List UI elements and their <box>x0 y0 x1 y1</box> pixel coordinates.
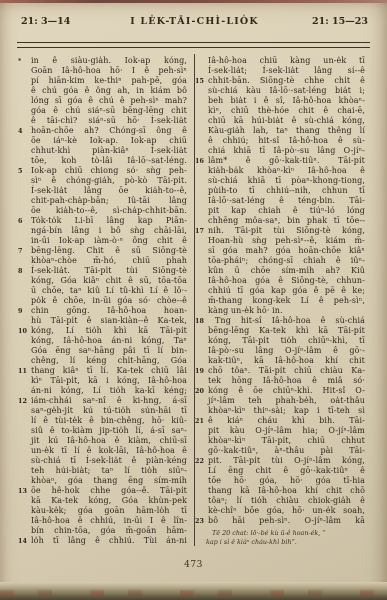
text-line: kûn ū chōe sím-mi̍h ah? Kiû <box>208 266 365 276</box>
text-line: Hoan-hù sǹg peh-sìⁿ--ê, kiám m̄- <box>208 236 365 246</box>
verse-text: Hoan-hù sǹg peh-sìⁿ--ê, kiám m̄- <box>208 236 365 246</box>
verse-text: ê kiáⁿ cháu khì bih. Tāi- <box>208 416 365 426</box>
verse-text: sù-chiá tī Í-sek-lia̍t ê piàn-kéng <box>31 456 187 466</box>
text-line: kia̍h-ba̍k khòaⁿ-kìⁿ Iâ-hô-hoa ê <box>208 166 365 176</box>
page-top-edge <box>0 0 387 3</box>
verse-text: chhit-bān. Siōng-tè chhe chi̍t ê <box>208 76 365 86</box>
verse-text: kia̍h-ba̍k khòaⁿ-kìⁿ Iâ-hô-hoa ê <box>208 166 365 176</box>
text-line: 8Í-sek-lia̍t. Tāi-pi̍t tùi Siōng-tè <box>31 266 187 276</box>
text-line: tōe, koh tò-lâi Iâ-lō·-sat-léng. <box>31 156 187 166</box>
book-page: 21: 3—14 I LE̍K-TĀI-CHÌ-LIO̍K 21: 15—23 … <box>0 0 387 600</box>
text-line: m̄-thang kong-kek Lí ê peh-sìⁿ, <box>208 296 365 306</box>
text-line: ji̍t kú Iâ-hô-hoa ê kiàm, chiū-sī <box>31 436 187 446</box>
verse-number: 13 <box>18 486 30 496</box>
text-line: 14lo̍h tī lâng ê chhiú. Tùi án-ni <box>31 536 187 546</box>
verse-number: 18 <box>195 316 207 326</box>
verse-text: sù-chiá khiā tī pòaⁿ-khong-tiong, <box>208 176 365 186</box>
text-line: 23bô hāi peh-sìⁿ. O-jíⁿ-lâm kā <box>208 516 365 526</box>
text-line: kàu-ke̍k; góa goān hām-lo̍h tī <box>31 506 187 516</box>
verse-text: tōe, koh tò-lâi Iâ-lō·-sat-léng. <box>31 156 187 166</box>
text-line: Í-sek-lia̍t lâng ōe kia̍h-to--ê, <box>31 186 187 196</box>
text-line: chit-pah-cha̍p-bān; Iû-tāi lâng <box>31 196 187 206</box>
text-line: kóng, Tāi-pi̍t tio̍h chiūⁿ-khì, tī <box>208 336 365 346</box>
text-line: hù Tāi-pi̍t ê sian-kiàn--ê Ka-tek, <box>31 316 187 326</box>
text-line: siû ê to-kiàm jip-tio̍h lí, á-sī saⁿ- <box>31 426 187 436</box>
verse-text: Í-sek-lia̍t. Tāi-pi̍t tùi Siōng-tè <box>31 266 187 276</box>
verse-number: 16 <box>195 156 207 166</box>
text-line: chhiú tī góa kap góa ê pē ê ke; <box>208 286 365 296</box>
verse-text: ngá-bín lâng i bô sǹg chāi-lāi, <box>31 226 187 236</box>
text-line: pu̍ih-to tī chhiú--nih, chhun tī <box>208 186 365 196</box>
text-line: pit kap chiah ê tiúⁿ-ló lóng <box>208 206 365 216</box>
verse-text: tōa-pháiⁿ; chóng-sī chiah ê iûⁿ- <box>208 256 365 266</box>
text-line: kā Ka-tek kóng, Góa khùn-pek <box>31 496 187 506</box>
verse-text: khòaⁿ, góa thang ēng sím-mi̍h <box>31 476 187 486</box>
text-line: 22pit. Tāi-pi̍t tùi O-jíⁿ-lâm kóng, <box>208 456 365 466</box>
verse-text: siû ê to-kiàm jip-tio̍h lí, á-sī saⁿ- <box>31 426 187 436</box>
page-number: 473 <box>0 560 387 570</box>
verse-text: chiá khiā tī Iâ-pò·-su lâng O-jíⁿ- <box>208 146 365 156</box>
verse-text: lóng sī góa ê chú ê peh-sìⁿ mah? <box>31 96 187 106</box>
text-line: án-ni kóng, Lí tio̍h ka-kī kéng; <box>31 386 187 396</box>
verse-text: kìⁿ, chiū thè-hóe chit ê chai-ē, <box>208 106 365 116</box>
verse-number: 20 <box>195 386 207 396</box>
text-line: 4hoān-chōe ah? Chóng-sī ông ê <box>31 126 187 136</box>
text-line: Iâ-hô-hoa ê chhiú, in-ūi I ê lîn- <box>31 516 187 526</box>
text-line: khòaⁿ-chòe m̄-hó, chiū phah <box>31 256 187 266</box>
verse-number: 7 <box>18 246 30 256</box>
verse-text: saⁿ-ge̍h-ji̍t kú tú-tio̍h sún-hāi tī <box>31 406 187 416</box>
text-line: 5Iok-ap chiū chiong só· sǹg peh- <box>31 166 187 176</box>
text-line: Iâ-lō·-sat-léng ê téng-bin. Tāi- <box>208 196 365 206</box>
verse-text: pit kàu O-jíⁿ-lâm hia; O-jíⁿ-lâm <box>208 426 365 436</box>
verse-text: un-e̍k tī lí ê kok-lāi, Iâ-hô-hoa ê <box>31 446 187 456</box>
text-line: un-e̍k tī lí ê kok-lāi, Iâ-hô-hoa ê <box>31 446 187 456</box>
text-line: 18Tng hit-sî Iâ-hô-hoa ê sù-chiá <box>208 316 365 326</box>
footnote-line: kap i sì ê kiáⁿ cháu-khì bih”. <box>206 538 366 547</box>
text-line: kak-tiûⁿ, kā Iâ-hô-hoa khí chit <box>208 356 365 366</box>
text-line: thang kā Iâ-hô-hoa khí chit chō <box>208 486 365 496</box>
text-line: kóng, Iâ-hô-hoa án-ni kóng, Taⁿ <box>31 336 187 346</box>
verse-text: tôaⁿ; lí tio̍h chiàu chiok-gia̍h ê <box>208 496 365 506</box>
verse-number: 23 <box>195 516 207 526</box>
verse-text: sù-chiá kàu Iâ-lō·-sat-léng bia̍t i; <box>208 86 365 96</box>
verse-number: * <box>18 56 30 66</box>
text-line: lóng sī góa ê chú ê peh-sìⁿ mah? <box>31 96 187 106</box>
text-line: khòaⁿ, góa thang ēng sím-mi̍h <box>31 476 187 486</box>
verse-text: kak-tiûⁿ, kā Iâ-hô-hoa khí chit <box>208 356 365 366</box>
verse-text: beh bia̍t i ê sî, Iâ-hô-hoa khòaⁿ- <box>208 96 365 106</box>
verse-text: pí hiān-kim ke-thiⁿ pah-pē, góa <box>31 76 187 86</box>
verse-text: lâm* ê gō·-kak-tiûⁿ. Tāi-pi̍t <box>208 156 365 166</box>
text-line: chêng, lí kéng chi̍t-hāng, Góa <box>31 356 187 366</box>
text-line: sù-chiá khiā tī pòaⁿ-khong-tiong, <box>208 176 365 186</box>
verse-text: Góa ēng saⁿ-hāng pâi tī lí bin- <box>31 346 187 356</box>
verse-number: 14 <box>18 536 30 546</box>
text-line: gō·-kak-tiûⁿ, àⁿ-thâu pài Tāi- <box>208 446 365 456</box>
verse-text: kóng, Góa kiâⁿ chit ê sū, tōa-tōa <box>31 276 187 286</box>
verse-text: Iâ-hô-hoa chiū kàng un-e̍k tī <box>208 56 365 66</box>
text-line: ê chú góa ê ông ah, in kiám bô <box>31 86 187 96</box>
verse-text: khòaⁿ-kìⁿ Tāi-pi̍t, chiū chhut <box>208 436 365 446</box>
verse-number: 6 <box>18 216 30 226</box>
verse-text: kā Ka-tek kóng, Góa khùn-pek <box>31 496 187 506</box>
text-line: 9chin gōng. Iâ-hô-hoa hoan- <box>31 306 187 316</box>
footnote: Tē 20 chat: lō·-bé kù ū-ê hoan-e̍k, “kap… <box>206 529 366 546</box>
running-header: 21: 3—14 I LE̍K-TĀI-CHÌ-LIO̍K 21: 15—23 <box>21 16 368 30</box>
verse-text: Iâ-hô-hoa góa ê Siōng-tè, chhun- <box>208 276 365 286</box>
verse-number: 17 <box>195 226 207 236</box>
verse-number: 5 <box>18 166 30 176</box>
verse-text: sī góa mah? góa hoān-chōe kiâⁿ <box>208 246 365 256</box>
text-line: chhēng môa-saⁿ, bin phak tī tōe-- <box>208 216 365 226</box>
verse-number: 4 <box>18 126 30 136</box>
verse-text: ū chōe, taⁿ kiû Lí tû-khì Lí ê lô·- <box>31 286 187 296</box>
text-line: 11thang kiâⁿ tī lí. Ka-tek chiū lâi <box>31 366 187 376</box>
text-line: Í-sek-lia̍t; Í-sek-lia̍t lâng sí--ê <box>208 66 365 76</box>
verse-number: 22 <box>195 456 207 466</box>
verse-text: thang kiâⁿ tī lí. Ka-tek chiū lâi <box>31 366 187 376</box>
text-line: chhut-khì piàn-kiâⁿ Í-sek-lia̍t <box>31 146 187 156</box>
verse-text: thang kā Iâ-hô-hoa khí chit chō <box>208 486 365 496</box>
verse-text: chin gōng. Iâ-hô-hoa hoan- <box>31 306 187 316</box>
verse-text: nih. Tāi-pi̍t tùi Siōng-tè kóng, <box>208 226 365 236</box>
verse-number: 8 <box>18 266 30 276</box>
verse-text: pit. Tāi-pi̍t tùi O-jíⁿ-lâm kóng, <box>208 456 365 466</box>
text-line: 15chhit-bān. Siōng-tè chhe chi̍t ê <box>208 76 365 86</box>
verse-text: kìⁿ Tāi-pi̍t, kā i kóng, Iâ-hô-hoa <box>31 376 187 386</box>
verse-text: chiū kā húi-bia̍t ê sù-chiá kóng, <box>208 116 365 126</box>
text-line: 10kóng, Lí tio̍h khì kā Tāi-pi̍t <box>31 326 187 336</box>
text-line: beh bia̍t i ê sî, Iâ-hô-hoa khòaⁿ- <box>208 96 365 106</box>
text-line: ōe iáⁿ-kè Iok-ap. Iok-ap chiū <box>31 136 187 146</box>
verse-text: jíⁿ-lâm teh phah-be̍h, oa̍t-thâu <box>208 396 365 406</box>
text-line: kóng, Góa kiâⁿ chit ê sū, tōa-tōa <box>31 276 187 286</box>
verse-text: kóng, Iâ-hô-hoa án-ni kóng, Taⁿ <box>31 336 187 346</box>
text-line: kìⁿ Tāi-pi̍t, kā i kóng, Iâ-hô-hoa <box>31 376 187 386</box>
text-line: khòaⁿ-kìⁿ thiⁿ-sài; kap i tī-teh sì <box>208 406 365 416</box>
verse-text: pu̍ih-to tī chhiú--nih, chhun tī <box>208 186 365 196</box>
text-line: khòaⁿ-kìⁿ Tāi-pi̍t, chiū chhut <box>208 436 365 446</box>
text-line: Lí ēng chit ê gō·-kak-tiûⁿ ê <box>208 466 365 476</box>
text-line: sù-chiá kàu Iâ-lō·-sat-léng bia̍t i; <box>208 86 365 96</box>
verse-text: ōe hê-hok chhe góa--ê. Tāi-pi̍t <box>31 486 187 496</box>
verse-text: gō·-kak-tiûⁿ, àⁿ-thâu pài Tāi- <box>208 446 365 456</box>
header-double-rule <box>17 42 370 48</box>
verse-text: tōe hō· góa, hō· góa tī-hia <box>208 476 365 486</box>
verse-text: kóng, Lí tio̍h khì kā Tāi-pi̍t <box>31 326 187 336</box>
verse-text: chhut-khì piàn-kiâⁿ Í-sek-lia̍t <box>31 146 187 156</box>
verse-number: 10 <box>18 326 30 336</box>
verse-text: ji̍t kú Iâ-hô-hoa ê kiàm, chiū-sī <box>31 436 187 446</box>
text-line: Góa ēng saⁿ-hāng pâi tī lí bin- <box>31 346 187 356</box>
verse-text: bēng-lēng Ka-tek khì kā Tāi-pi̍t <box>208 326 365 336</box>
verse-text: án-ni kóng, Lí tio̍h ka-kī kéng; <box>31 386 187 396</box>
verse-text: Iâ-lō·-sat-léng ê téng-bin. Tāi- <box>208 196 365 206</box>
text-line: kè-chîⁿ bōe góa, hō· un-e̍k soah, <box>208 506 365 516</box>
verse-text: khòaⁿ-kìⁿ thiⁿ-sài; kap i tī-teh sì <box>208 406 365 416</box>
header-verse-range-right: 21: 15—23 <box>312 16 368 27</box>
text-line: saⁿ-ge̍h-ji̍t kú tú-tio̍h sún-hāi tī <box>31 406 187 416</box>
verse-text: chō tôaⁿ. Tāi-pi̍t chiū chiàu Ka- <box>208 366 365 376</box>
verse-text: kóng, Tāi-pi̍t tio̍h chiūⁿ-khì, tī <box>208 336 365 346</box>
verse-text: ê tāi-chì? siáⁿ-sū hō· Í-sek-lia̍t <box>31 116 187 126</box>
verse-number: 12 <box>18 396 30 406</box>
verse-text: kè-chîⁿ bōe góa, hō· un-e̍k soah, <box>208 506 365 516</box>
verse-text: hù Tāi-pi̍t ê sian-kiàn--ê Ka-tek, <box>31 316 187 326</box>
text-line: ū chōe, taⁿ kiû Lí tû-khì Lí ê lô·- <box>31 286 187 296</box>
verse-text: sìⁿ ê chóng-gia̍h, pò-kò Tāi-pi̍t. <box>31 176 187 186</box>
text-line: tōe hō· góa, hō· góa tī-hia <box>208 476 365 486</box>
verse-text: kûn ū chōe sím-mi̍h ah? Kiû <box>208 266 365 276</box>
verse-number: 21 <box>195 416 207 426</box>
verse-text: chit-pah-cha̍p-bān; Iû-tāi lâng <box>31 196 187 206</box>
text-line: tōa-pháiⁿ; chóng-sī chiah ê iûⁿ- <box>208 256 365 266</box>
text-line: 12iám-chhái saⁿ-nî ê ki-hng, á-sī <box>31 396 187 406</box>
verse-text: bēng-lēng. Chit ê sū Siōng-tè <box>31 246 187 256</box>
verse-text: chhiú tī góa kap góa ê pē ê ke; <box>208 286 365 296</box>
verse-number: 11 <box>18 366 30 376</box>
text-line: tôaⁿ; lí tio̍h chiàu chiok-gia̍h ê <box>208 496 365 506</box>
verse-text: góa ê chú siáⁿ-sū bēng-lēng chit <box>31 106 187 116</box>
text-line: 13ōe hê-hok chhe góa--ê. Tāi-pi̍t <box>31 486 187 496</box>
verse-text: kàu-ke̍k; góa goān hām-lo̍h tī <box>31 506 187 516</box>
verse-number: 9 <box>18 306 30 316</box>
text-line: bēng-lēng Ka-tek khì kā Tāi-pi̍t <box>208 326 365 336</box>
text-line: Goān Iâ-hô-hoa hō· I ê peh-sìⁿ <box>31 66 187 76</box>
text-line: bín chin-tōa, góa m̄-goān hām- <box>31 526 187 536</box>
text-line: chiū kā húi-bia̍t ê sù-chiá kóng, <box>208 116 365 126</box>
verse-text: ōe iáⁿ-kè Iok-ap. Iok-ap chiū <box>31 136 187 146</box>
text-line: *in ê siàu-gia̍h. Iok-ap kóng, <box>31 56 187 66</box>
bottom-edge-streaks <box>0 590 387 596</box>
verse-text: chêng, lí kéng chi̍t-hāng, Góa <box>31 356 187 366</box>
text-line: Kàu-gia̍h lah, taⁿ thang thêng lí <box>208 126 365 136</box>
text-line: sī góa mah? góa hoān-chōe kiâⁿ <box>208 246 365 256</box>
verse-text: teh húi-bia̍t; taⁿ lí tio̍h siūⁿ- <box>31 466 187 476</box>
verse-number: 19 <box>195 366 207 376</box>
text-line: ê tāi-chì? siáⁿ-sū hō· Í-sek-lia̍t <box>31 116 187 126</box>
text-line: 19chō tôaⁿ. Tāi-pi̍t chiū chiàu Ka- <box>208 366 365 376</box>
text-line: Iâ-pò·-su lâng O-jíⁿ-lâm ê gō·- <box>208 346 365 356</box>
verse-text: Í-sek-lia̍t; Í-sek-lia̍t lâng sí--ê <box>208 66 365 76</box>
text-line: Iâ-hô-hoa góa ê Siōng-tè, chhun- <box>208 276 365 286</box>
text-column-right: Iâ-hô-hoa chiū kàng un-e̍k tīÍ-sek-lia̍t… <box>208 56 365 526</box>
verse-text: kóng ê ōe chiūⁿ-khì. Hit-sî O- <box>208 386 365 396</box>
text-line: sù-chiá tī Í-sek-lia̍t ê piàn-kéng <box>31 456 187 466</box>
text-line: 7bēng-lēng. Chit ê sū Siōng-tè <box>31 246 187 256</box>
verse-text: Tng hit-sî Iâ-hô-hoa ê sù-chiá <box>208 316 365 326</box>
verse-text: lo̍h tī lâng ê chhiú. Tùi án-ni <box>31 536 187 546</box>
page-bottom-edge <box>0 582 387 600</box>
text-line: góa ê chú siáⁿ-sū bēng-lēng chit <box>31 106 187 116</box>
text-line: lí ê tùi-te̍k ê bin-chêng, hō· kiû- <box>31 416 187 426</box>
verse-text: chhēng môa-saⁿ, bin phak tī tōe-- <box>208 216 365 226</box>
text-column-left: *in ê siàu-gia̍h. Iok-ap kóng,Goān Iâ-hô… <box>31 56 187 546</box>
verse-text: Kàu-gia̍h lah, taⁿ thang thêng lí <box>208 126 365 136</box>
verse-text: in-ūi Iok-ap iàm-ò·ⁿ ông chit ê <box>31 236 187 246</box>
verse-text: pit kap chiah ê tiúⁿ-ló lóng <box>208 206 365 216</box>
verse-text: hoān-chōe ah? Chóng-sī ông ê <box>31 126 187 136</box>
text-line: 21ê kiáⁿ cháu khì bih. Tāi- <box>208 416 365 426</box>
verse-text: tek hōng Iâ-hô-hoa ê miâ só· <box>208 376 365 386</box>
text-line: po̍k ê chōe, in-ūi góa só· chòe--ê <box>31 296 187 306</box>
text-line: in-ūi Iok-ap iàm-ò·ⁿ ông chit ê <box>31 236 187 246</box>
verse-text: bô hāi peh-sìⁿ. O-jíⁿ-lâm kā <box>208 516 365 526</box>
verse-text: Iâ-pò·-su lâng O-jíⁿ-lâm ê gō·- <box>208 346 365 356</box>
footnote-line: Tē 20 chat: lō·-bé kù ū-ê hoan-e̍k, “ <box>206 529 366 538</box>
text-line: chiá khiā tī Iâ-pò·-su lâng O-jíⁿ- <box>208 146 365 156</box>
text-line: pit kàu O-jíⁿ-lâm hia; O-jíⁿ-lâm <box>208 426 365 436</box>
text-line: ngá-bín lâng i bô sǹg chāi-lāi, <box>31 226 187 236</box>
text-line: ê chhiú; hit-sî Iâ-hô-hoa ê sù- <box>208 136 365 146</box>
text-line: sìⁿ ê chóng-gia̍h, pò-kò Tāi-pi̍t. <box>31 176 187 186</box>
text-line: 16lâm* ê gō·-kak-tiûⁿ. Tāi-pi̍t <box>208 156 365 166</box>
verse-text: po̍k ê chōe, in-ūi góa só· chòe--ê <box>31 296 187 306</box>
verse-text: Lí ēng chit ê gō·-kak-tiûⁿ ê <box>208 466 365 476</box>
verse-text: ōe kia̍h-to--ê, sì-cha̍p-chhit-bān. <box>31 206 187 216</box>
text-line: teh húi-bia̍t; taⁿ lí tio̍h siūⁿ- <box>31 466 187 476</box>
verse-text: Goān Iâ-hô-hoa hō· I ê peh-sìⁿ <box>31 66 187 76</box>
verse-text: iám-chhái saⁿ-nî ê ki-hng, á-sī <box>31 396 187 406</box>
text-line: kàng un-e̍k hō· in. <box>208 306 365 316</box>
text-line: tek hōng Iâ-hô-hoa ê miâ só· <box>208 376 365 386</box>
text-line: pí hiān-kim ke-thiⁿ pah-pē, góa <box>31 76 187 86</box>
verse-text: kàng un-e̍k hō· in. <box>208 306 365 316</box>
verse-text: To̍k-to̍k Li-bī lâng kap Piān- <box>31 216 187 226</box>
verse-text: bín chin-tōa, góa m̄-goān hām- <box>31 526 187 536</box>
text-line: jíⁿ-lâm teh phah-be̍h, oa̍t-thâu <box>208 396 365 406</box>
verse-text: in ê siàu-gia̍h. Iok-ap kóng, <box>31 56 187 66</box>
verse-text: lí ê tùi-te̍k ê bin-chêng, hō· kiû- <box>31 416 187 426</box>
verse-text: m̄-thang kong-kek Lí ê peh-sìⁿ, <box>208 296 365 306</box>
verse-number: 15 <box>195 76 207 86</box>
text-line: ōe kia̍h-to--ê, sì-cha̍p-chhit-bān. <box>31 206 187 216</box>
verse-text: Í-sek-lia̍t lâng ōe kia̍h-to--ê, <box>31 186 187 196</box>
verse-text: ê chhiú; hit-sî Iâ-hô-hoa ê sù- <box>208 136 365 146</box>
column-divider-rule <box>194 54 195 546</box>
text-line: 6To̍k-to̍k Li-bī lâng kap Piān- <box>31 216 187 226</box>
verse-text: ê chú góa ê ông ah, in kiám bô <box>31 86 187 96</box>
verse-text: Iâ-hô-hoa ê chhiú, in-ūi I ê lîn- <box>31 516 187 526</box>
verse-text: Iok-ap chiū chiong só· sǹg peh- <box>31 166 187 176</box>
verse-text: khòaⁿ-chòe m̄-hó, chiū phah <box>31 256 187 266</box>
text-line: 17nih. Tāi-pi̍t tùi Siōng-tè kóng, <box>208 226 365 236</box>
text-line: Iâ-hô-hoa chiū kàng un-e̍k tī <box>208 56 365 66</box>
text-line: kìⁿ, chiū thè-hóe chit ê chai-ē, <box>208 106 365 116</box>
text-line: 20kóng ê ōe chiūⁿ-khì. Hit-sî O- <box>208 386 365 396</box>
